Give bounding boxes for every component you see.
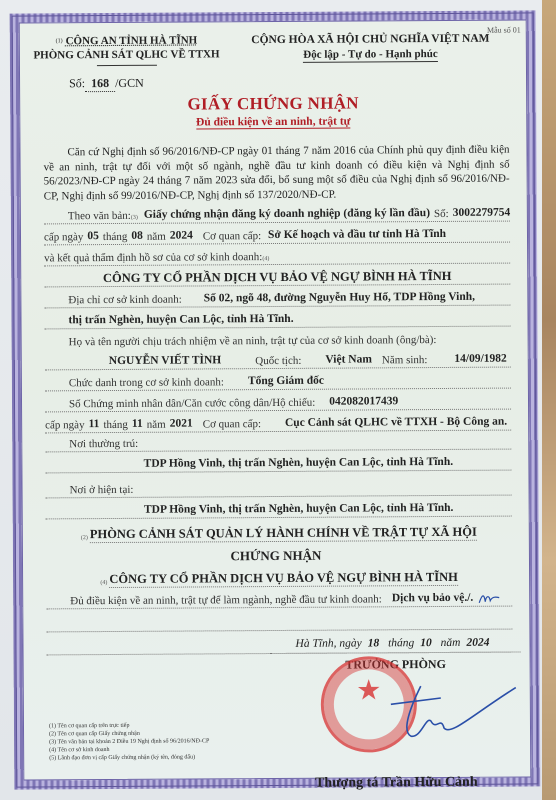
footnotes: (1) Tên cơ quan cấp trên trực tiếp (2) T…	[49, 721, 209, 762]
id-row: Số Chứng minh nhân dân/Căn cước công dân…	[45, 389, 511, 413]
number-value: 168	[85, 76, 115, 93]
month-label: tháng	[388, 637, 414, 649]
person-name: NGUYỄN VIẾT TÌNH	[105, 354, 226, 370]
doc-no: 3002279754	[449, 206, 515, 221]
address-line1: Số 02, ngõ 48, đường Nguyễn Huy Hổ, TDP …	[200, 290, 479, 307]
nationality: Việt Nam	[321, 353, 376, 368]
country-name: CỘNG HÒA XÃ HỘI CHỦ NGHĨA VIỆT NAM	[224, 32, 517, 49]
signing-date: Hà Tĩnh, ngày18 tháng10 năm2024	[270, 636, 520, 654]
footnote-3: (3) Tên văn bản tại khoản 2 Điều 19 Nghị…	[49, 737, 209, 746]
appraisal-label: và kết quả thẩm định hồ sơ của cơ sở kin…	[44, 250, 262, 266]
business-name: CÔNG TY CỔ PHẦN DỊCH VỤ BẢO VỆ NGỰ BÌNH …	[103, 268, 452, 286]
current-label-row: Nơi ở hiện tại:	[45, 471, 511, 499]
id-year: 2021	[166, 417, 197, 432]
cert-business: CÔNG TY CỔ PHẦN DỊCH VỤ BẢO VỆ NGỰ BÌNH …	[109, 569, 458, 588]
permanent-address-row: TDP Hồng Vinh, thị trấn Nghèn, huyện Can…	[45, 450, 511, 474]
responsible-person-row: NGUYỄN VIẾT TÌNH Quốc tịch:Việt Nam Năm …	[45, 347, 511, 371]
issuing-agency: (1)CÔNG AN TỈNH HÀ TĨNH PHÒNG CẢNH SÁT Q…	[29, 33, 224, 66]
year-label: năm	[441, 637, 461, 649]
legal-basis-paragraph: Căn cứ Nghị định số 96/2016/NĐ-CP ngày 0…	[43, 143, 509, 204]
id-issuer-label: Cơ quan cấp:	[203, 417, 261, 432]
document-title: GIẤY CHỨNG NHẬN	[29, 92, 517, 117]
document-header: (1)CÔNG AN TỈNH HÀ TĨNH PHÒNG CẢNH SÁT Q…	[29, 32, 517, 67]
id-year-label: năm	[147, 418, 166, 432]
appraisal-row: và kết quả thẩm định hồ sơ của cơ sở kin…	[44, 243, 510, 267]
signing-place: Hà Tĩnh	[296, 638, 334, 650]
id-issue-label: cấp ngày	[45, 418, 84, 433]
certificate-page: Mẫu số 01 (1)CÔNG AN TỈNH HÀ TĨNH PHÒNG …	[19, 19, 532, 780]
footnote-5: (5) Lãnh đạo đơn vị cấp Giấy chứng nhận …	[49, 753, 209, 762]
birth-date: 14/09/1982	[450, 352, 510, 367]
subtitle-text: Đủ điều kiện về an ninh, trật tự	[196, 116, 351, 130]
issue-year: 2024	[166, 229, 197, 244]
issue-day: 05	[83, 229, 103, 244]
signing-day: 18	[362, 637, 386, 649]
doc-label: Theo văn bản:	[68, 209, 131, 224]
parent-agency: CÔNG AN TỈNH HÀ TĨNH	[66, 34, 198, 47]
doc-no-label: Số:	[434, 207, 449, 221]
agency-name: PHÒNG CẢNH SÁT QLHC VỀ TTXH	[29, 48, 224, 63]
current-label: Nơi ở hiện tại:	[70, 483, 134, 498]
number-label: Số:	[69, 76, 85, 90]
address-line2: thị trấn Nghèn, huyện Can Lộc, tỉnh Hà T…	[64, 312, 297, 328]
footnote-marker: (1)	[56, 38, 63, 44]
blank-line-1	[46, 607, 512, 633]
id-issue-row: cấp ngày11 tháng11 năm2021 Cơ quan cấp:C…	[45, 410, 511, 434]
number-suffix: /GCN	[115, 75, 144, 89]
national-motto: Độc lập - Tự do - Hạnh phúc	[303, 47, 438, 63]
issue-label: cấp ngày	[44, 230, 83, 245]
basis-document-row: Theo văn bản:(3)Giấy chứng nhận đăng ký …	[44, 201, 510, 225]
footnote-marker: (3)	[131, 215, 138, 223]
footnote-marker: (4)	[100, 580, 107, 588]
position: Tổng Giám đốc	[244, 374, 328, 389]
cert-issuer-row: (2)PHÒNG CẢNH SÁT QUẢN LÝ HÀNH CHÍNH VỀ …	[46, 517, 512, 544]
doc-value: Giấy chứng nhận đăng ký doanh nghiệp (đă…	[140, 206, 434, 223]
footnote-marker: (2)	[81, 536, 88, 544]
footnote-marker: (4)	[262, 257, 269, 265]
issue-date-row: cấp ngày05 tháng08 năm2024 Cơ quan cấp:S…	[44, 222, 510, 246]
id-month: 11	[128, 417, 147, 432]
business-name-row: CÔNG TY CỔ PHẦN DỊCH VỤ BẢO VỆ NGỰ BÌNH …	[44, 264, 510, 288]
condition-row: Đủ điều kiện về an ninh, trật tự để làm …	[46, 586, 512, 610]
id-issuer: Cục Cảnh sát QLHC về TTXH - Bộ Công an.	[281, 415, 511, 431]
signing-month: 10	[414, 637, 438, 649]
form-code: Mẫu số 01	[487, 25, 521, 36]
day-label: ngày	[339, 637, 361, 649]
signer-name: Thượng tá Trần Hữu Cảnh	[271, 774, 521, 794]
permanent-address: TDP Hồng Vinh, thị trấn Nghèn, huyện Can…	[140, 455, 458, 472]
position-row: Chức danh trong cơ sở kinh doanh:Tổng Gi…	[45, 368, 511, 392]
cert-issuer: PHÒNG CẢNH SÁT QUẢN LÝ HÀNH CHÍNH VỀ TRẬ…	[90, 524, 477, 544]
signing-year: 2024	[460, 637, 495, 649]
national-header: CỘNG HÒA XÃ HỘI CHỦ NGHĨA VIỆT NAM Độc l…	[224, 32, 517, 65]
responsible-label-row: Họ và tên người chịu trách nhiệm về an n…	[45, 327, 511, 350]
id-number: 042082017439	[325, 395, 402, 410]
condition-label: Đủ điều kiện về an ninh, trật tự để làm …	[70, 592, 382, 608]
id-month-label: tháng	[103, 418, 128, 432]
month-label: tháng	[103, 230, 128, 244]
birth-label: Năm sinh:	[382, 353, 428, 368]
initials-scribble-icon	[477, 592, 501, 606]
address-row-2: thị trấn Nghèn, huyện Can Lộc, tỉnh Hà T…	[44, 306, 510, 330]
issue-month: 08	[127, 229, 147, 244]
decorative-border: Mẫu số 01 (1)CÔNG AN TỈNH HÀ TĨNH PHÒNG …	[10, 10, 541, 789]
year-label: năm	[147, 230, 166, 244]
address-row: Địa chỉ cơ sở kinh doanh:Số 02, ngõ 48, …	[44, 285, 510, 309]
nationality-label: Quốc tịch:	[255, 354, 301, 369]
signature-block: Hà Tĩnh, ngày18 tháng10 năm2024 TRƯỞNG P…	[270, 636, 520, 674]
divider	[97, 64, 157, 65]
document-subtitle: Đủ điều kiện về an ninh, trật tự	[29, 114, 517, 132]
current-address: TDP Hồng Vinh, thị trấn Nghèn, huyện Can…	[140, 501, 458, 518]
address-label: Địa chỉ cơ sở kinh doanh:	[68, 293, 181, 308]
certificate-number: Số:168/GCN	[69, 73, 517, 92]
condition-value: Dịch vụ bảo vệ./.	[388, 591, 478, 606]
id-label: Số Chứng minh nhân dân/Căn cước công dân…	[69, 396, 315, 412]
issuer: Sở Kế hoạch và đầu tư tỉnh Hà Tĩnh	[264, 227, 450, 243]
id-day: 11	[85, 417, 104, 432]
signature-icon	[381, 676, 521, 747]
current-address-row: TDP Hồng Vinh, thị trấn Nghèn, huyện Can…	[46, 496, 512, 520]
permanent-label: Nơi thường trú:	[69, 437, 138, 452]
cert-business-row: (4)CÔNG TY CỔ PHẦN DỊCH VỤ BẢO VỆ NGỰ BÌ…	[46, 564, 512, 589]
issuer-label: Cơ quan cấp:	[203, 229, 261, 244]
background-surface	[542, 0, 556, 800]
position-label: Chức danh trong cơ sở kinh doanh:	[69, 375, 224, 390]
